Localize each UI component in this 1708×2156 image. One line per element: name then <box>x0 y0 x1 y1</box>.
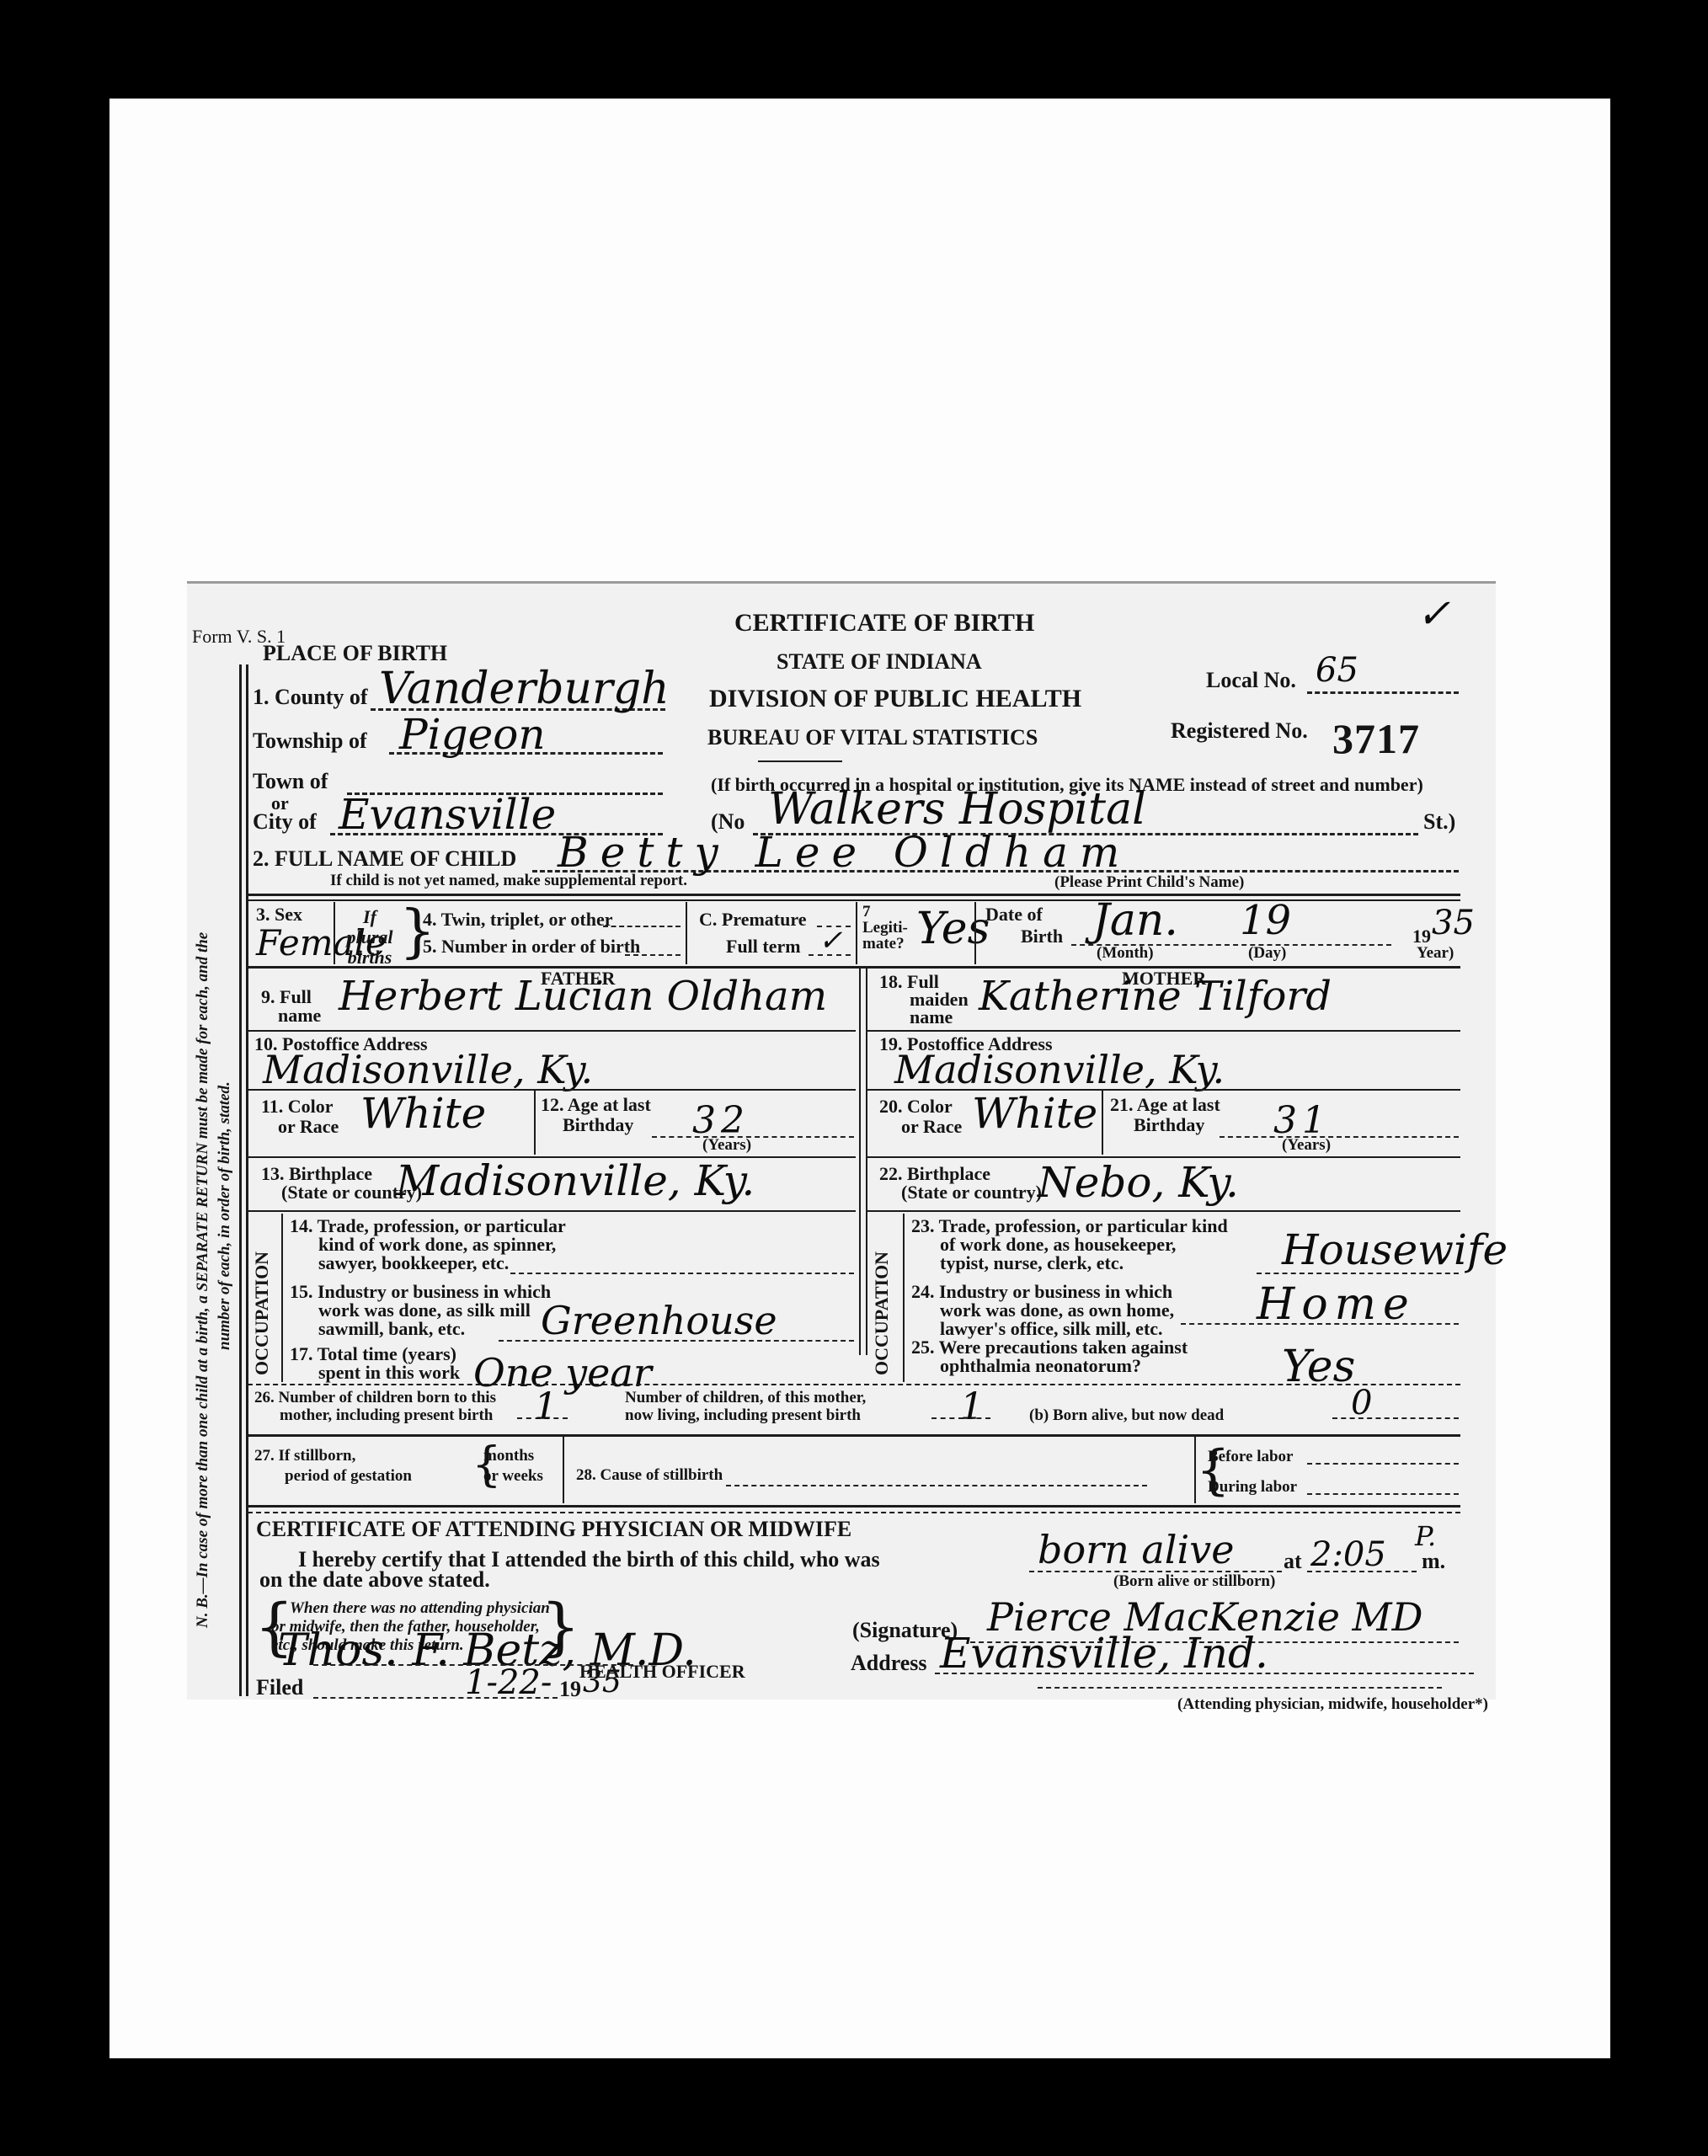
label-line: period of gestation <box>254 1466 412 1486</box>
street-suffix: St.) <box>1423 809 1455 835</box>
mother-age-label-1: 21. Age at last <box>1110 1094 1220 1116</box>
mother-birthplace-label-2: (State or country) <box>901 1182 1042 1203</box>
township-label: Township of <box>253 728 367 754</box>
father-race-value: White <box>360 1089 486 1138</box>
time-note: P. <box>1415 1520 1436 1552</box>
term-divider <box>856 902 857 964</box>
father-time-label: 17. Total time (years) spent in this wor… <box>290 1345 460 1382</box>
date-stated: on the date above stated. <box>259 1567 490 1593</box>
label-line: spent in this work <box>290 1364 460 1382</box>
sex-divider <box>334 902 335 964</box>
label-line: 14. Trade, profession, or particular <box>290 1217 566 1235</box>
plural-births-label: If plural births <box>340 907 399 968</box>
header-rule <box>758 760 842 762</box>
father-rule-2 <box>248 1089 856 1091</box>
child-name-value: Betty Lee Oldham <box>558 828 1131 877</box>
label-line: sawmill, bank, etc. <box>290 1320 551 1338</box>
place-of-birth-heading: PLACE OF BIRTH <box>263 641 447 666</box>
print-name-note: (Please Print Child's Name) <box>1054 873 1244 892</box>
bureau-name: BUREAU OF VITAL STATISTICS <box>707 725 1038 750</box>
premature-label: C. Premature <box>699 909 806 931</box>
rule-f <box>248 1505 1460 1508</box>
label-line: kind of work done, as spinner, <box>290 1235 566 1254</box>
father-industry-label: 15. Industry or business in which work w… <box>290 1283 551 1338</box>
father-years-label: (Years) <box>702 1136 751 1155</box>
father-age-label-2: Birthday <box>563 1114 633 1136</box>
label-line: 18. Full <box>879 973 969 990</box>
at-label: at <box>1284 1549 1302 1574</box>
children-living-value: 1 <box>960 1385 984 1428</box>
label-line: 26. Number of children born to this <box>254 1389 496 1406</box>
father-occupation-divider <box>281 1214 283 1382</box>
address-value: Evansville, Ind. <box>940 1629 1268 1678</box>
time-value: 2:05 <box>1310 1535 1386 1574</box>
father-trade-label: 14. Trade, profession, or particular kin… <box>290 1217 566 1273</box>
children-born-label: 26. Number of children born to this moth… <box>254 1389 496 1424</box>
parent-divider-1 <box>859 968 861 1355</box>
father-age-line <box>652 1136 854 1138</box>
label-line: When there was no attending physician <box>271 1599 550 1618</box>
month-label: (Month) <box>1097 944 1154 963</box>
attending-line <box>1038 1687 1442 1689</box>
gestation-units: months or weeks <box>483 1446 543 1486</box>
physician-heading: CERTIFICATE OF ATTENDING PHYSICIAN OR MI… <box>256 1517 851 1542</box>
father-address-value: Madisonville, Ky. <box>263 1047 593 1092</box>
margin-rule-inner <box>246 664 248 1696</box>
label-line: mother, including present birth <box>254 1406 496 1424</box>
father-race-divider <box>534 1091 536 1155</box>
attending-note: (Attending physician, midwife, household… <box>1177 1695 1488 1714</box>
label-line: work was done, as own home, <box>911 1301 1174 1320</box>
mother-address-value: Madisonville, Ky. <box>894 1047 1225 1092</box>
label-line: of work done, as housekeeper, <box>911 1235 1228 1254</box>
father-occupation-heading: OCCUPATION <box>251 1251 273 1375</box>
mother-birthplace-value: Nebo, Ky. <box>1038 1158 1239 1207</box>
label-line: or weeks <box>483 1466 543 1486</box>
parent-divider-2 <box>866 968 867 1355</box>
twin-line <box>603 926 681 927</box>
children-dead-label: (b) Born alive, but now dead <box>1029 1406 1224 1425</box>
margin-rule-outer <box>239 664 242 1696</box>
father-race-label-2: or Race <box>278 1116 339 1138</box>
year-label: Year) <box>1417 944 1454 963</box>
street-value: Walkers Hospital <box>768 784 1146 835</box>
dob-label-2: Birth <box>1021 926 1063 947</box>
mother-race-label-2: or Race <box>901 1116 962 1138</box>
margin-note-line2: number of each, in order of birth, state… <box>216 1081 234 1350</box>
full-term-check-icon: ✓ <box>819 924 843 958</box>
address-label: Address <box>851 1651 927 1676</box>
father-rule-4 <box>248 1210 856 1212</box>
state-name: STATE OF INDIANA <box>777 649 982 675</box>
check-mark-icon: ✓ <box>1417 590 1450 638</box>
registered-no-label: Registered No. <box>1171 718 1308 744</box>
mother-occupation-heading: OCCUPATION <box>871 1251 893 1375</box>
mother-name-label: 18. Full maiden name <box>879 973 969 1026</box>
mother-industry-value: Home <box>1257 1279 1416 1330</box>
mother-industry-label: 24. Industry or business in which work w… <box>911 1283 1174 1338</box>
label-line: 24. Industry or business in which <box>911 1283 1174 1301</box>
legit-divider <box>974 902 976 964</box>
label-line: typist, nurse, clerk, etc. <box>911 1254 1228 1273</box>
child-name-label: 2. FULL NAME OF CHILD <box>253 846 516 872</box>
rule-c <box>248 966 1460 969</box>
label-line: work was done, as silk mill <box>290 1301 551 1320</box>
children-born-value: 1 <box>534 1385 558 1428</box>
plural-divider <box>686 902 687 964</box>
order-label: 5. Number in order of birth <box>423 936 640 958</box>
child-name-note: If child is not yet named, make suppleme… <box>330 872 687 890</box>
label-line: months <box>483 1446 543 1466</box>
children-living-label: Number of children, of this mother, now … <box>625 1389 866 1424</box>
label-line: maiden <box>879 990 969 1008</box>
during-labor-line <box>1307 1493 1459 1495</box>
order-line <box>625 954 681 956</box>
filed-year-prefix: 19 <box>559 1677 581 1702</box>
father-birthplace-value: Madisonville, Ky. <box>396 1156 755 1205</box>
local-no-line <box>1307 691 1459 694</box>
mother-rule-1 <box>867 1030 1460 1032</box>
mother-rule-2 <box>867 1089 1460 1091</box>
during-labor-label: During labor <box>1208 1478 1297 1497</box>
legit-label-2: mate? <box>862 936 905 952</box>
rule-g <box>248 1512 1460 1513</box>
label-line: 27. If stillborn, <box>254 1446 412 1466</box>
mother-race-value: White <box>972 1089 1097 1138</box>
father-trade-line <box>510 1273 854 1274</box>
father-industry-value: Greenhouse <box>541 1298 777 1343</box>
father-race-label-1: 11. Color <box>261 1096 334 1118</box>
dob-label-1: Date of <box>985 904 1043 926</box>
father-age-label-1: 12. Age at last <box>541 1094 651 1116</box>
mother-trade-label: 23. Trade, profession, or particular kin… <box>911 1217 1228 1273</box>
gestation-label: 27. If stillborn, period of gestation <box>254 1446 412 1486</box>
mother-race-label-1: 20. Color <box>879 1096 953 1118</box>
township-value: Pigeon <box>399 710 546 759</box>
label-line: name <box>879 1008 969 1026</box>
legit-label-1: Legiti- <box>862 920 908 936</box>
mother-years-label: (Years) <box>1282 1136 1331 1155</box>
mother-age-label-2: Birthday <box>1134 1114 1204 1136</box>
father-rule-1 <box>248 1030 856 1032</box>
rule-e <box>248 1434 1460 1437</box>
health-officer-label: HEALTH OFFICER <box>579 1661 745 1683</box>
label-line: 25. Were precautions taken against <box>911 1338 1188 1357</box>
before-labor-line <box>1307 1463 1459 1465</box>
mother-race-divider <box>1102 1091 1103 1155</box>
born-status-note: (Born alive or stillborn) <box>1113 1572 1275 1591</box>
town-label: Town of <box>253 769 328 794</box>
local-no-value: 65 <box>1316 651 1358 690</box>
label-line: ophthalmia neonatorum? <box>911 1357 1188 1375</box>
mother-name-value: Katherine Tilford <box>979 973 1332 1020</box>
label-line: 15. Industry or business in which <box>290 1283 551 1301</box>
margin-note-line1: N. B.—In case of more than one child at … <box>194 932 212 1628</box>
born-status-value: born alive <box>1038 1527 1234 1572</box>
division-name: DIVISION OF PUBLIC HEALTH <box>709 685 1081 713</box>
county-label: 1. County of <box>253 685 368 710</box>
label-line: 17. Total time (years) <box>290 1345 460 1364</box>
rule-d <box>248 1384 1460 1385</box>
city-value: Evansville <box>339 790 556 839</box>
children-dead-value: 0 <box>1351 1384 1372 1422</box>
city-label: City of <box>253 809 317 835</box>
time-suffix: m. <box>1422 1549 1445 1574</box>
legit-num: 7 <box>862 904 871 920</box>
before-labor-label: Before labor <box>1208 1448 1294 1466</box>
local-no-label: Local No. <box>1206 668 1296 693</box>
label-line: sawyer, bookkeeper, etc. <box>290 1254 566 1273</box>
cause-line <box>726 1485 1147 1486</box>
mother-rule-4 <box>867 1210 1460 1212</box>
label-line: Number of children, of this mother, <box>625 1389 866 1406</box>
dob-month: Jan. <box>1092 895 1178 946</box>
label-line: 23. Trade, profession, or particular kin… <box>911 1217 1228 1235</box>
cause-label: 28. Cause of stillbirth <box>576 1466 723 1485</box>
father-name-value: Herbert Lucian Oldham <box>339 973 827 1020</box>
label-line: now living, including present birth <box>625 1406 866 1424</box>
dob-day: 19 <box>1240 897 1291 944</box>
mother-ophthalmia-label: 25. Were precautions taken against ophth… <box>911 1338 1188 1375</box>
registered-no-value: 3717 <box>1332 714 1420 763</box>
father-name-label-2: name <box>278 1005 321 1027</box>
legitimate-value: Yes <box>916 904 990 954</box>
mother-occupation-divider <box>903 1214 905 1382</box>
full-term-label: Full term <box>726 936 801 958</box>
filed-label: Filed <box>256 1675 303 1700</box>
birth-certificate-card: Form V. S. 1 ✓ N. B.—In case of more tha… <box>187 581 1496 1700</box>
day-label: (Day) <box>1248 944 1286 963</box>
label-line: lawyer's office, silk mill, etc. <box>911 1320 1174 1338</box>
county-value: Vanderburgh <box>379 664 670 714</box>
certificate-title: CERTIFICATE OF BIRTH <box>734 609 1034 638</box>
twin-label: 4. Twin, triplet, or other <box>423 909 612 931</box>
mother-trade-value: Housewife <box>1282 1225 1508 1274</box>
mother-age-line <box>1220 1136 1459 1138</box>
rule-a <box>248 894 1460 896</box>
stillbirth-divider-1 <box>563 1436 564 1503</box>
dob-year: 35 <box>1432 904 1475 942</box>
